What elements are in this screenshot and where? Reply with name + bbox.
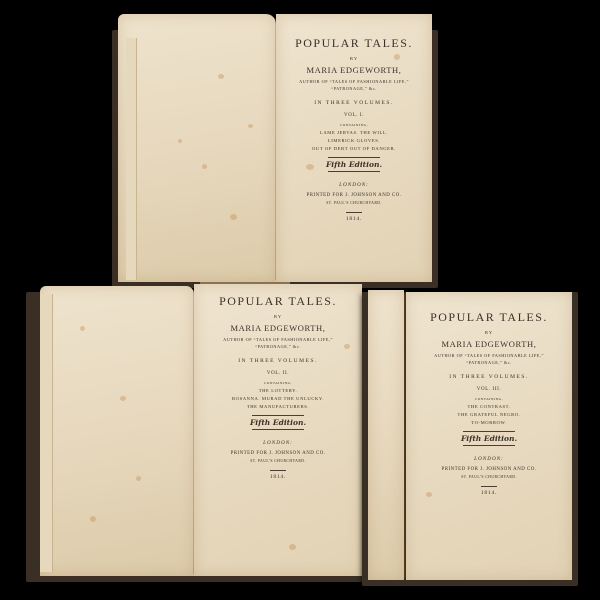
author-name: MARIA EDGEWORTH, xyxy=(194,323,362,333)
volume-number: VOL. II. xyxy=(194,371,362,376)
volume-number: VOL. I. xyxy=(276,113,432,118)
imprint-address: ST. PAUL’S CHURCHYARD. xyxy=(406,475,572,479)
title-page-text: POPULAR TALES. BY MARIA EDGEWORTH, AUTHO… xyxy=(406,310,572,496)
imprint-place: LONDON: xyxy=(276,182,432,188)
containing-label: CONTAINING, xyxy=(406,397,572,401)
imprint-printer: PRINTED FOR J. JOHNSON AND CO. xyxy=(276,193,432,198)
rule xyxy=(328,171,380,172)
rule xyxy=(481,486,497,487)
contents-item: THE LOTTERY. xyxy=(194,388,362,393)
author-of-line-1: AUTHOR OF “TALES OF FASHIONABLE LIFE,” xyxy=(276,79,432,84)
by-line: BY xyxy=(194,314,362,319)
imprint-printer: PRINTED FOR J. JOHNSON AND CO. xyxy=(194,451,362,456)
contents-item: ROSANNA. MURAD THE UNLUCKY. xyxy=(194,396,362,401)
author-of-line-1: AUTHOR OF “TALES OF FASHIONABLE LIFE,” xyxy=(406,353,572,358)
left-page-blank xyxy=(118,14,276,282)
title-page-text: POPULAR TALES. BY MARIA EDGEWORTH, AUTHO… xyxy=(194,294,362,480)
author-of-line-2: “PATRONAGE,” &c. xyxy=(276,86,432,91)
foxing-spot xyxy=(394,54,400,60)
imprint-year: 1814. xyxy=(276,216,432,222)
contents-item: OUT OF DEBT OUT OF DANGER. xyxy=(276,146,432,151)
author-of-line-1: AUTHOR OF “TALES OF FASHIONABLE LIFE,” xyxy=(194,337,362,342)
left-page-narrow xyxy=(368,290,404,580)
contents-item: LAME JERVAS. THE WILL. xyxy=(276,130,432,135)
foxing-spot xyxy=(306,164,314,170)
rule xyxy=(252,415,304,416)
book-title: POPULAR TALES. xyxy=(406,310,572,325)
page-edge-strip xyxy=(40,294,53,572)
containing-label: CONTAINING, xyxy=(276,123,432,127)
book-title: POPULAR TALES. xyxy=(194,294,362,309)
edition-label: Fifth Edition. xyxy=(406,434,572,443)
author-of-line-2: “PATRONAGE,” &c. xyxy=(194,344,362,349)
by-line: BY xyxy=(406,330,572,335)
contents-item: THE GRATEFUL NEGRO. xyxy=(406,412,572,417)
rule xyxy=(463,445,515,446)
imprint-year: 1814. xyxy=(194,474,362,480)
imprint-address: ST. PAUL’S CHURCHYARD. xyxy=(276,201,432,205)
foxing-spot xyxy=(289,544,296,550)
contents-item: LIMERICK GLOVES. xyxy=(276,138,432,143)
author-of-line-2: “PATRONAGE,” &c. xyxy=(406,360,572,365)
by-line: BY xyxy=(276,56,432,61)
foxing-spot xyxy=(120,396,126,401)
book-title: POPULAR TALES. xyxy=(276,36,432,51)
left-page-blank xyxy=(40,286,194,576)
foxing-spot xyxy=(136,476,141,481)
foxing-spot xyxy=(90,516,96,522)
foxing-spot xyxy=(230,214,237,220)
edition-label: Fifth Edition. xyxy=(194,418,362,427)
edition-label: Fifth Edition. xyxy=(276,160,432,169)
foxing-spot xyxy=(344,344,350,349)
imprint-printer: PRINTED FOR J. JOHNSON AND CO. xyxy=(406,467,572,472)
rule xyxy=(328,157,380,158)
imprint-place: LONDON: xyxy=(406,456,572,462)
rule xyxy=(252,429,304,430)
contents-item: TO-MORROW. xyxy=(406,420,572,425)
foxing-spot xyxy=(178,139,182,143)
imprint-place: LONDON: xyxy=(194,440,362,446)
author-name: MARIA EDGEWORTH, xyxy=(276,65,432,75)
foxing-spot xyxy=(80,326,85,331)
volume-number: VOL. III. xyxy=(406,387,572,392)
title-page: POPULAR TALES. BY MARIA EDGEWORTH, AUTHO… xyxy=(194,284,362,576)
rule xyxy=(346,212,362,213)
title-page: POPULAR TALES. BY MARIA EDGEWORTH, AUTHO… xyxy=(406,292,572,580)
volumes-count: IN THREE VOLUMES. xyxy=(276,100,432,106)
rule xyxy=(463,431,515,432)
title-page: POPULAR TALES. BY MARIA EDGEWORTH, AUTHO… xyxy=(276,14,432,282)
foxing-spot xyxy=(202,164,207,169)
rule xyxy=(270,470,286,471)
foxing-spot xyxy=(248,124,253,128)
containing-label: CONTAINING, xyxy=(194,381,362,385)
foxing-spot xyxy=(218,74,224,79)
page-edge-strip xyxy=(126,38,137,280)
contents-item: THE CONTRAST. xyxy=(406,404,572,409)
title-page-text: POPULAR TALES. BY MARIA EDGEWORTH, AUTHO… xyxy=(276,36,432,222)
foxing-spot xyxy=(426,492,432,497)
volumes-count: IN THREE VOLUMES. xyxy=(194,358,362,364)
contents-item: THE MANUFACTURERS. xyxy=(194,404,362,409)
volumes-count: IN THREE VOLUMES. xyxy=(406,374,572,380)
imprint-address: ST. PAUL’S CHURCHYARD. xyxy=(194,459,362,463)
author-name: MARIA EDGEWORTH, xyxy=(406,339,572,349)
